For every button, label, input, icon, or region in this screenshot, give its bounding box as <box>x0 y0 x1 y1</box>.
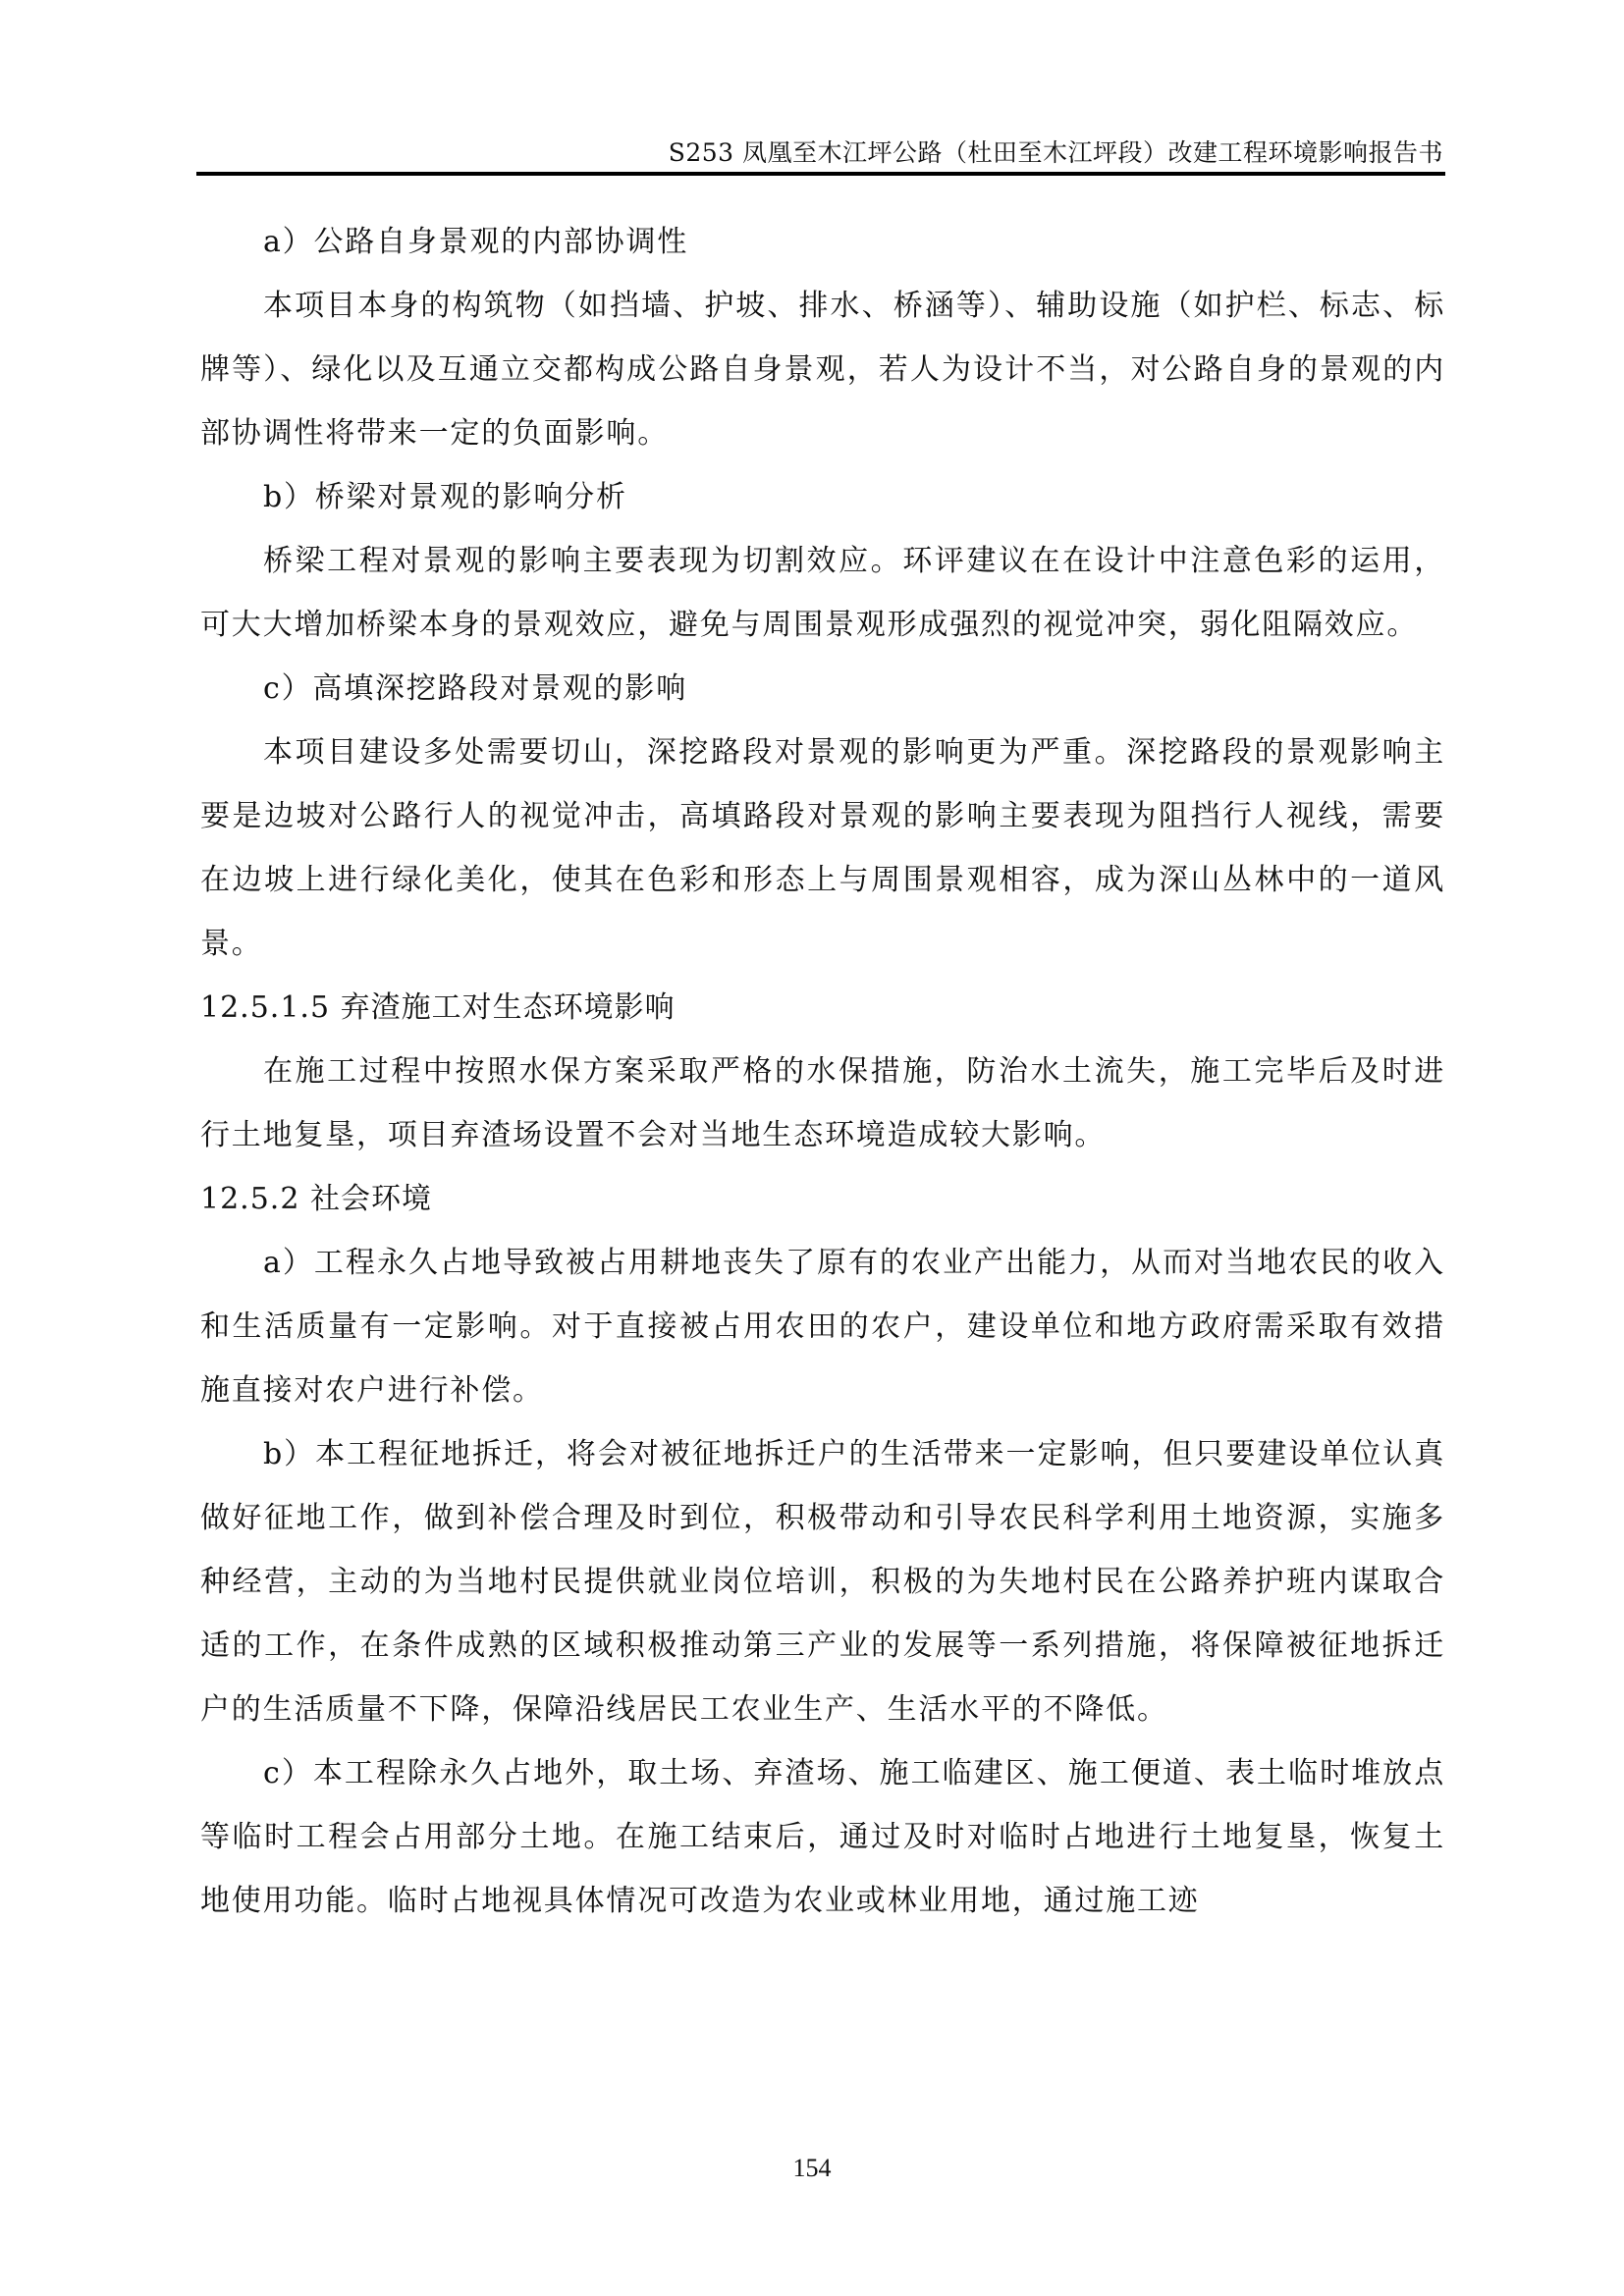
paragraph-road-landscape: 本项目本身的构筑物（如挡墙、护坡、排水、桥涵等）、辅助设施（如护栏、标志、标牌等… <box>200 274 1445 465</box>
paragraph-spoil-construction: 在施工过程中按照水保方案采取严格的水保措施，防治水土流失，施工完毕后及时进行土地… <box>200 1040 1445 1167</box>
document-body: a）公路自身景观的内部协调性 本项目本身的构筑物（如挡墙、护坡、排水、桥涵等）、… <box>200 210 1445 1933</box>
document-header-title: S253 凤凰至木江坪公路（杜田至木江坪段）改建工程环境影响报告书 <box>669 133 1443 169</box>
subheading-c-fill-cut-landscape: c）高填深挖路段对景观的影响 <box>200 657 1445 721</box>
section-heading-12-5-2: 12.5.2 社会环境 <box>200 1167 1445 1231</box>
paragraph-social-b: b）本工程征地拆迁，将会对被征地拆迁户的生活带来一定影响，但只要建设单位认真做好… <box>200 1422 1445 1741</box>
paragraph-bridge-landscape: 桥梁工程对景观的影响主要表现为切割效应。环评建议在在设计中注意色彩的运用，可大大… <box>200 529 1445 657</box>
subheading-b-bridge-landscape: b）桥梁对景观的影响分析 <box>200 465 1445 529</box>
subheading-a-road-landscape: a）公路自身景观的内部协调性 <box>200 210 1445 274</box>
paragraph-social-c: c）本工程除永久占地外，取土场、弃渣场、施工临建区、施工便道、表土临时堆放点等临… <box>200 1741 1445 1933</box>
page-number: 154 <box>0 2154 1624 2183</box>
paragraph-social-a: a）工程永久占地导致被占用耕地丧失了原有的农业产出能力，从而对当地农民的收入和生… <box>200 1231 1445 1422</box>
header-divider <box>196 172 1445 176</box>
section-heading-12-5-1-5: 12.5.1.5 弃渣施工对生态环境影响 <box>200 976 1445 1040</box>
paragraph-fill-cut-landscape: 本项目建设多处需要切山，深挖路段对景观的影响更为严重。深挖路段的景观影响主要是边… <box>200 721 1445 976</box>
